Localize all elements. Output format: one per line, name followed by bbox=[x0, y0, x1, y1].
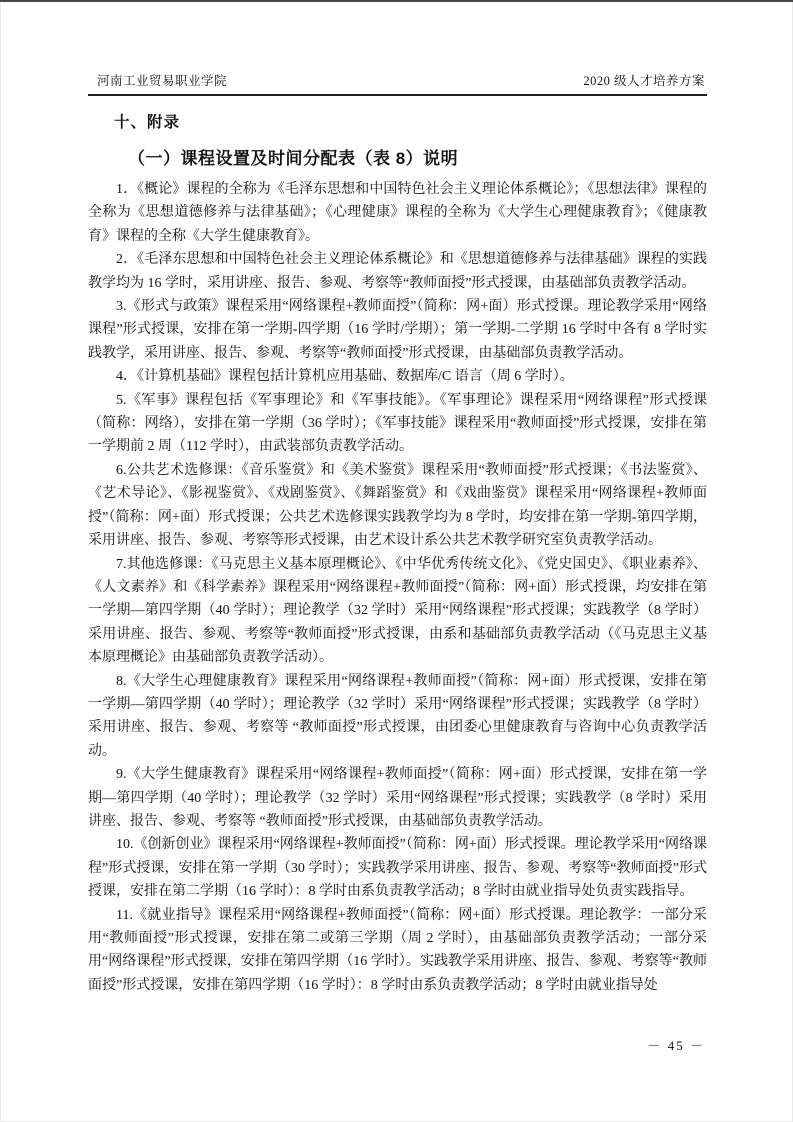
paragraph-5: 5.《军事》课程包括《军事理论》和《军事技能》。《军事理论》课程采用“网络课程”… bbox=[88, 389, 707, 459]
paragraph-4: 4．《计算机基础》课程包括计算机应用基础、数据库/C 语言（周 6 学时）。 bbox=[88, 365, 707, 388]
header-rule bbox=[88, 94, 707, 96]
paragraph-3: 3.《形式与政策》课程采用“网络课程+教师面授”（简称：网+面）形式授课。理论教… bbox=[88, 295, 707, 365]
body-text: 1．《概论》课程的全称为《毛泽东思想和中国特色社会主义理论体系概论》；《思想法律… bbox=[88, 178, 707, 997]
paragraph-9: 9.《大学生健康教育》课程采用“网络课程+教师面授”（简称：网+面）形式授课，安… bbox=[88, 763, 707, 833]
paragraph-10: 10.《创新创业》课程采用“网络课程+教师面授”（简称：网+面）形式授课。理论教… bbox=[88, 833, 707, 903]
section-title: 十、附录 bbox=[114, 110, 707, 132]
page-number: － 45 － bbox=[647, 1035, 705, 1054]
header-document-title: 2020 级人才培养方案 bbox=[583, 72, 705, 90]
paragraph-8: 8.《大学生心理健康教育》课程采用“网络课程+教师面授”（简称：网+面）形式授课… bbox=[88, 670, 707, 764]
scan-edge-artifact bbox=[0, 0, 793, 2]
subsection-title: （一）课程设置及时间分配表（表 8）说明 bbox=[128, 144, 707, 169]
paragraph-7: 7.其他选修课：《马克思主义基本原理概论》、《中华优秀传统文化》、《党史国史》、… bbox=[88, 553, 707, 670]
header-school-name: 河南工业贸易职业学院 bbox=[97, 72, 227, 90]
paragraph-6: 6.公共艺术选修课：《音乐鉴赏》和《美术鉴赏》课程采用“教师面授”形式授课；《书… bbox=[88, 459, 707, 553]
document-page: 河南工业贸易职业学院 2020 级人才培养方案 十、附录 （一）课程设置及时间分… bbox=[0, 0, 793, 1122]
paragraph-2: 2．《毛泽东思想和中国特色社会主义理论体系概论》和《思想道德修养与法律基础》课程… bbox=[88, 248, 707, 295]
paragraph-11: 11.《就业指导》课程采用“网络课程+教师面授”（简称：网+面）形式授课。理论教… bbox=[88, 904, 707, 998]
page-header: 河南工业贸易职业学院 2020 级人才培养方案 bbox=[88, 72, 707, 90]
paragraph-1: 1．《概论》课程的全称为《毛泽东思想和中国特色社会主义理论体系概论》；《思想法律… bbox=[88, 178, 707, 248]
page-content: 河南工业贸易职业学院 2020 级人才培养方案 十、附录 （一）课程设置及时间分… bbox=[88, 72, 707, 997]
